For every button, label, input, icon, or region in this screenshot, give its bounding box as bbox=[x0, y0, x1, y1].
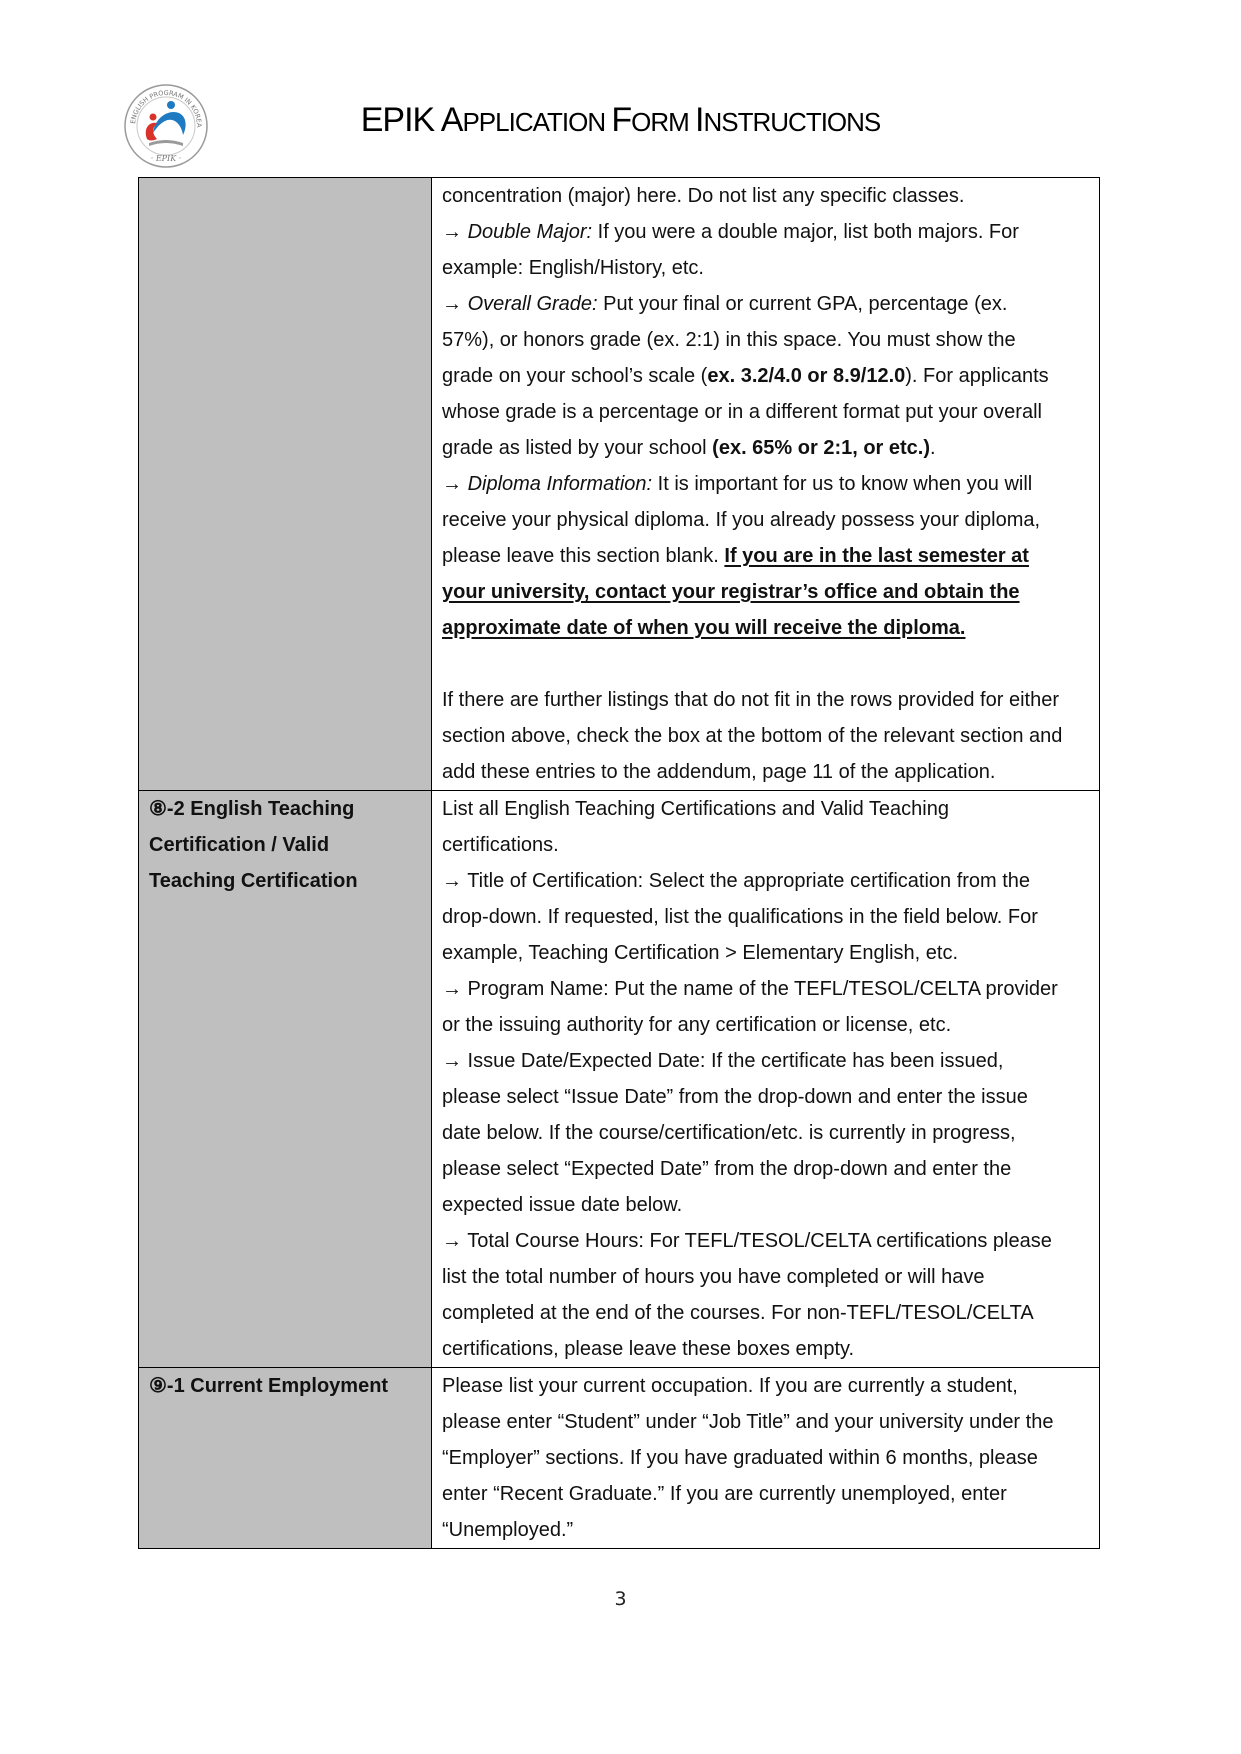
text-line: concentration (major) here. Do not list … bbox=[442, 178, 1089, 214]
text-line: → Overall Grade: Put your final or curre… bbox=[442, 286, 1089, 322]
row-description: concentration (major) here. Do not list … bbox=[432, 178, 1100, 791]
page-title: EPIK APPLICATION FORM INSTRUCTIONS bbox=[0, 100, 1241, 142]
text-line: approximate date of when you will receiv… bbox=[442, 610, 1089, 646]
label-line: ⑧-2 English Teaching bbox=[149, 791, 421, 827]
title-cap: F bbox=[611, 101, 631, 139]
text-line: grade as listed by your school (ex. 65% … bbox=[442, 430, 1089, 466]
title-cap: A bbox=[441, 101, 463, 139]
text-line: please select “Issue Date” from the drop… bbox=[442, 1079, 1089, 1115]
text-segment: grade as listed by your school bbox=[442, 437, 712, 459]
text-line: → Diploma Information: It is important f… bbox=[442, 466, 1089, 502]
title-smallcaps: PPLICATION bbox=[462, 107, 611, 137]
text-segment: If you were a double major, list both ma… bbox=[592, 221, 1019, 243]
table-row-teaching-certification: ⑧-2 English Teaching Certification / Val… bbox=[139, 791, 1100, 1368]
label-line: ⑨-1 Current Employment bbox=[149, 1368, 421, 1404]
text-line: your university, contact your registrar’… bbox=[442, 574, 1089, 610]
text-segment: please leave this section blank. bbox=[442, 545, 724, 567]
text-line: grade on your school’s scale (ex. 3.2/4.… bbox=[442, 358, 1089, 394]
term-diploma-information: Diploma Information: bbox=[468, 473, 653, 495]
text-segment: Put your final or current GPA, percentag… bbox=[598, 293, 1008, 315]
text-line: “Unemployed.” bbox=[442, 1512, 1089, 1548]
row-label-current-employment: ⑨-1 Current Employment bbox=[139, 1368, 432, 1549]
text-line: → Issue Date/Expected Date: If the certi… bbox=[442, 1043, 1089, 1079]
arrow-glyph: → bbox=[442, 473, 468, 495]
text-line: enter “Recent Graduate.” If you are curr… bbox=[442, 1476, 1089, 1512]
text-line: certifications. bbox=[442, 827, 1089, 863]
text-line: → Title of Certification: Select the app… bbox=[442, 863, 1089, 899]
text-line: whose grade is a percentage or in a diff… bbox=[442, 394, 1089, 430]
text-line: please leave this section blank. If you … bbox=[442, 538, 1089, 574]
text-line: certifications, please leave these boxes… bbox=[442, 1331, 1089, 1367]
text-line: example: English/History, etc. bbox=[442, 250, 1089, 286]
text-line: → Program Name: Put the name of the TEFL… bbox=[442, 971, 1089, 1007]
text-line: If there are further listings that do no… bbox=[442, 682, 1089, 718]
text-line: date below. If the course/certification/… bbox=[442, 1115, 1089, 1151]
blank-line bbox=[442, 646, 1089, 682]
label-line: Certification / Valid bbox=[149, 827, 421, 863]
term-double-major: Double Major: bbox=[468, 221, 593, 243]
text-segment: ). For applicants bbox=[905, 365, 1048, 387]
text-line: list the total number of hours you have … bbox=[442, 1259, 1089, 1295]
text-line: add these entries to the addendum, page … bbox=[442, 754, 1089, 790]
text-line: receive your physical diploma. If you al… bbox=[442, 502, 1089, 538]
important-note: approximate date of when you will receiv… bbox=[442, 617, 965, 639]
title-smallcaps: NSTRUCTIONS bbox=[703, 107, 880, 137]
text-line: expected issue date below. bbox=[442, 1187, 1089, 1223]
text-line: drop-down. If requested, list the qualif… bbox=[442, 899, 1089, 935]
title-smallcaps: ORM bbox=[631, 107, 695, 137]
text-line: → Total Course Hours: For TEFL/TESOL/CEL… bbox=[442, 1223, 1089, 1259]
text-line: List all English Teaching Certifications… bbox=[442, 791, 1089, 827]
text-line: or the issuing authority for any certifi… bbox=[442, 1007, 1089, 1043]
row-label-empty bbox=[139, 178, 432, 791]
text-line: → Double Major: If you were a double maj… bbox=[442, 214, 1089, 250]
text-segment: grade on your school’s scale ( bbox=[442, 365, 707, 387]
text-line: 57%), or honors grade (ex. 2:1) in this … bbox=[442, 322, 1089, 358]
arrow-glyph: → bbox=[442, 293, 468, 315]
row-label-teaching-certification: ⑧-2 English Teaching Certification / Val… bbox=[139, 791, 432, 1368]
text-segment: . bbox=[930, 437, 936, 459]
title-word-epik: EPIK bbox=[361, 101, 441, 139]
row-description: List all English Teaching Certifications… bbox=[432, 791, 1100, 1368]
important-note: your university, contact your registrar’… bbox=[442, 581, 1020, 603]
arrow-glyph: → bbox=[442, 221, 468, 243]
important-note: If you are in the last semester at bbox=[724, 545, 1029, 567]
text-line: please enter “Student” under “Job Title”… bbox=[442, 1404, 1089, 1440]
row-description: Please list your current occupation. If … bbox=[432, 1368, 1100, 1549]
label-line: Teaching Certification bbox=[149, 863, 421, 899]
grade-example-bold: (ex. 65% or 2:1, or etc.) bbox=[712, 437, 930, 459]
svg-text:· EPIK ·: · EPIK · bbox=[151, 154, 182, 163]
text-line: completed at the end of the courses. For… bbox=[442, 1295, 1089, 1331]
term-overall-grade: Overall Grade: bbox=[468, 293, 598, 315]
grade-example-bold: ex. 3.2/4.0 or 8.9/12.0 bbox=[707, 365, 905, 387]
table-row-current-employment: ⑨-1 Current Employment Please list your … bbox=[139, 1368, 1100, 1549]
text-segment: It is important for us to know when you … bbox=[652, 473, 1032, 495]
text-line: “Employer” sections. If you have graduat… bbox=[442, 1440, 1089, 1476]
text-line: example, Teaching Certification > Elemen… bbox=[442, 935, 1089, 971]
page-number: 3 bbox=[0, 1588, 1241, 1610]
text-line: Please list your current occupation. If … bbox=[442, 1368, 1089, 1404]
instructions-table: concentration (major) here. Do not list … bbox=[138, 177, 1100, 1549]
text-line: section above, check the box at the bott… bbox=[442, 718, 1089, 754]
table-row-education-continued: concentration (major) here. Do not list … bbox=[139, 178, 1100, 791]
text-line: please select “Expected Date” from the d… bbox=[442, 1151, 1089, 1187]
